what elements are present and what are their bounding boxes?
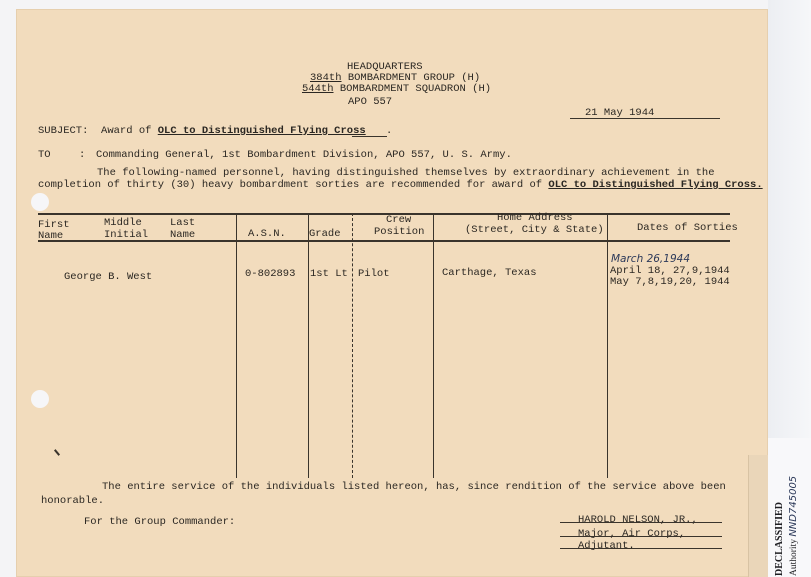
- apo-line: APO 557: [348, 96, 392, 108]
- subject-prefix: Award of: [101, 125, 158, 137]
- column-divider: [236, 213, 237, 478]
- subject-label: SUBJECT:: [38, 125, 88, 137]
- squadron-number: 544th: [302, 83, 334, 95]
- to-recipient: Commanding General, 1st Bombardment Divi…: [96, 149, 512, 161]
- declassified-stamp: DECLASSIFIED Authority NND745005: [768, 438, 811, 577]
- to-label: TO: [38, 149, 51, 161]
- column-divider: [433, 213, 434, 478]
- cell-grade: 1st Lt: [310, 268, 348, 280]
- closing-line-2: honorable.: [41, 495, 104, 507]
- cell-name: George B. West: [64, 271, 152, 283]
- body-line-2-text: completion of thirty (30) heavy bombardm…: [38, 179, 548, 191]
- header-crew-position-1: Crew: [386, 214, 411, 226]
- header-grade: Grade: [309, 228, 341, 240]
- column-divider: [308, 213, 309, 478]
- header-last-name-2: Name: [170, 229, 195, 241]
- body-line-1: The following-named personnel, having di…: [97, 167, 715, 179]
- column-divider: [607, 213, 608, 478]
- authority-label: Authority: [789, 539, 799, 576]
- header-middle-initial-2: Initial: [104, 229, 148, 241]
- header-first-name-2: Name: [38, 230, 63, 242]
- subject-period: .: [386, 125, 392, 137]
- column-divider: [352, 213, 354, 478]
- header-middle-initial-1: Middle: [104, 217, 142, 229]
- header-dates-of-sorties: Dates of Sorties: [637, 222, 738, 234]
- header-crew-position-2: Position: [374, 226, 424, 238]
- signature-title: Adjutant.: [578, 540, 635, 552]
- header-home-address-1: Home Address: [497, 212, 573, 224]
- header-last-name-1: Last: [170, 217, 195, 229]
- for-group-commander: For the Group Commander:: [84, 516, 235, 528]
- signature-rule-3: [560, 548, 722, 549]
- body-line-2: completion of thirty (30) heavy bombardm…: [38, 179, 763, 191]
- header-home-address-2: (Street, City & State): [465, 224, 604, 236]
- signature-rule-2: [560, 536, 722, 537]
- signature-rank: Major, Air Corps,: [578, 528, 685, 540]
- cell-home-address: Carthage, Texas: [442, 267, 537, 279]
- cell-asn: 0-802893: [245, 268, 295, 280]
- closing-line-1: The entire service of the individuals li…: [102, 481, 726, 493]
- body-award: OLC to Distinguished Flying Cross.: [548, 179, 762, 191]
- header-asn: A.S.N.: [248, 228, 286, 240]
- cell-crew-position: Pilot: [358, 268, 390, 280]
- authority-line: Authority NND745005: [788, 476, 799, 576]
- cell-dates-handwritten: March 26,1944: [611, 253, 690, 265]
- squadron-line: 544th BOMBARDMENT SQUADRON (H): [302, 83, 491, 95]
- to-colon: :: [79, 149, 85, 161]
- cell-dates-line-2: May 7,8,19,20, 1944: [610, 276, 730, 288]
- subject-award: OLC to Distinguished Flying Cross: [158, 125, 366, 137]
- hole-punch-bottom: [31, 390, 49, 408]
- squadron-text: BOMBARDMENT SQUADRON (H): [334, 83, 492, 95]
- date-underline: [570, 118, 720, 119]
- hole-punch-top: [31, 193, 49, 211]
- authority-value: NND745005: [788, 476, 799, 537]
- table-top-rule: [38, 213, 730, 215]
- subject-line: SUBJECT: Award of OLC to Distinguished F…: [38, 125, 366, 137]
- signature-rule-1: [560, 522, 722, 523]
- declassified-label: DECLASSIFIED: [774, 502, 785, 576]
- subject-underline-extension: [352, 136, 387, 137]
- signature-name: HAROLD NELSON, JR.,: [578, 514, 698, 526]
